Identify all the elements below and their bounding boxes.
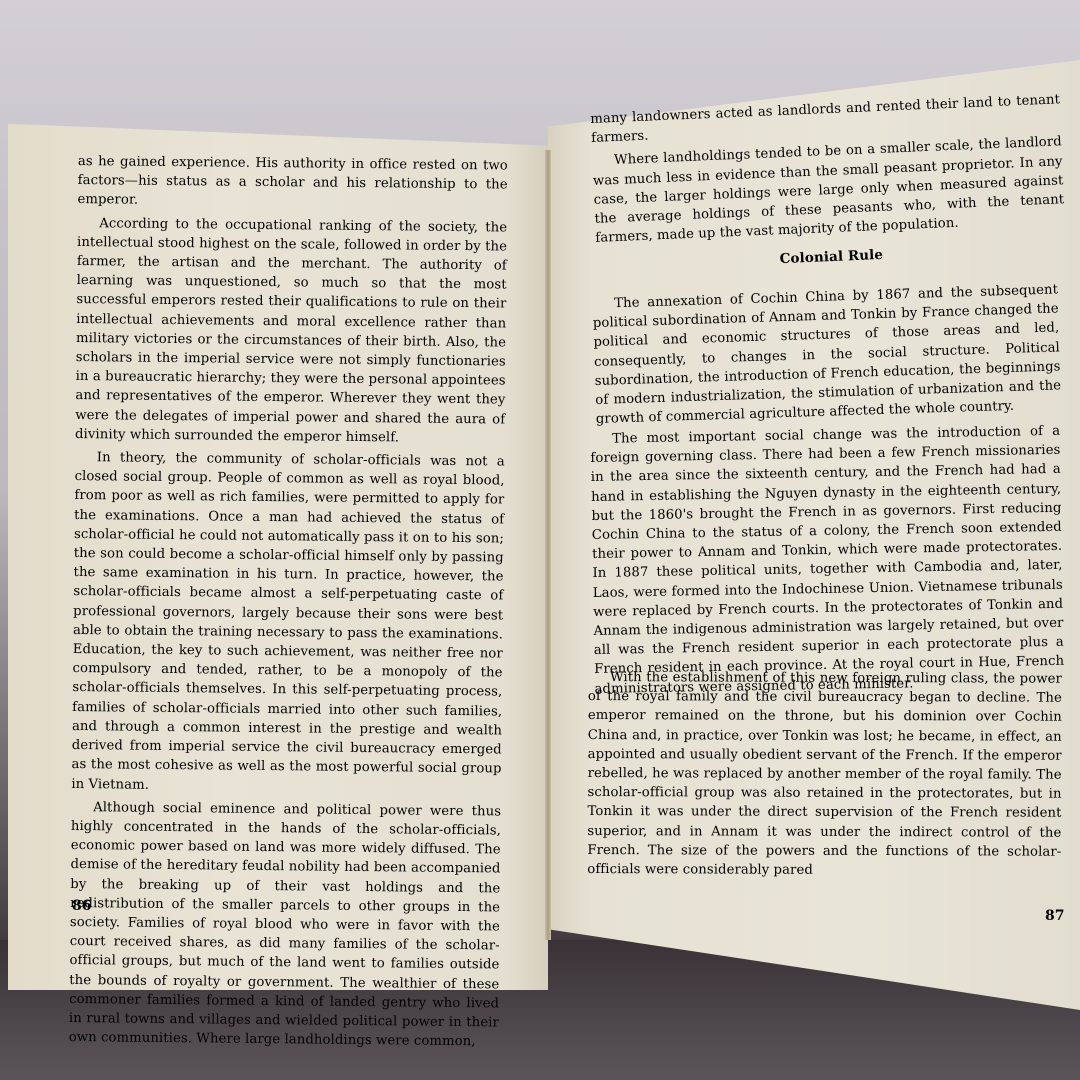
paragraph: Although social eminence and political p… <box>69 798 502 1052</box>
right-page-body-2: The most important social change was the… <box>590 422 1065 703</box>
paragraph: According to the occupational ranking of… <box>75 214 507 449</box>
paragraph: as he gained experience. His authority i… <box>77 152 508 214</box>
right-page-body-1: The annexation of Cochin China by 1867 a… <box>592 280 1062 433</box>
paragraph: The annexation of Cochin China by 1867 a… <box>592 280 1062 429</box>
paragraph: Where landholdings tended to be on a sma… <box>592 133 1066 249</box>
left-page-body: as he gained experience. His authority i… <box>69 152 508 1056</box>
paragraph: The most important social change was the… <box>590 422 1065 699</box>
page-number-right: 87 <box>1045 908 1064 924</box>
book-gutter <box>545 150 551 940</box>
paragraph: In theory, the community of scholar-offi… <box>71 448 505 798</box>
paragraph: With the establishment of this new forei… <box>587 668 1062 881</box>
right-page-intro: many landowners acted as landlords and r… <box>590 90 1067 287</box>
page-number-left: 86 <box>72 898 91 914</box>
right-page-body-3: With the establishment of this new forei… <box>587 668 1062 885</box>
